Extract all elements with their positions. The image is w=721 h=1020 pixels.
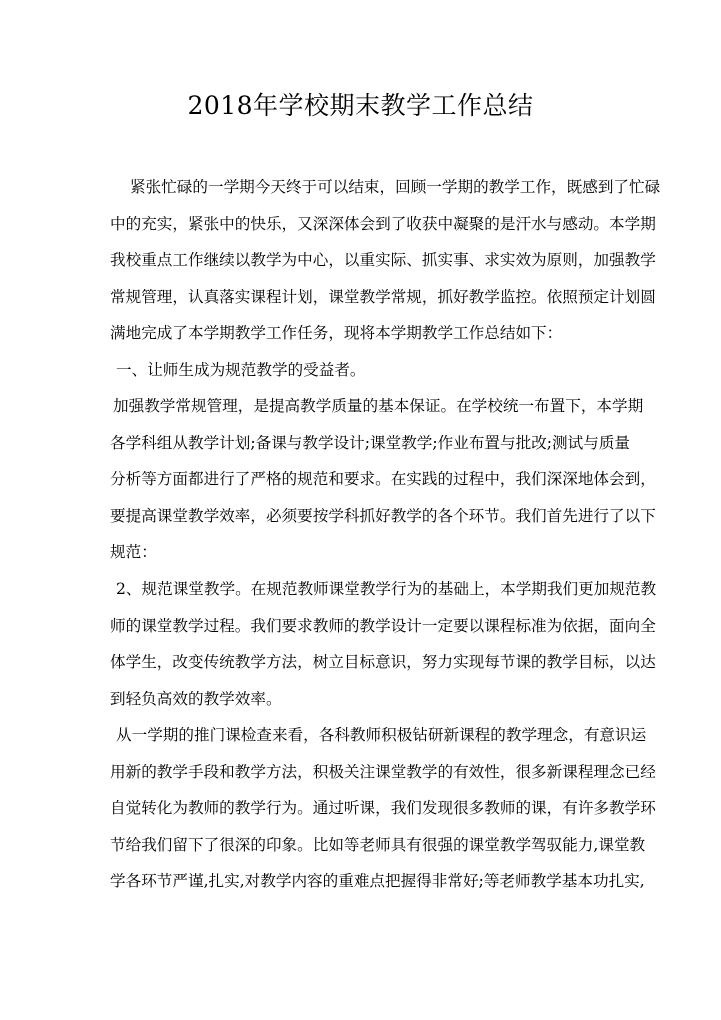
paragraph-line: 师的课堂教学过程。我们要求教师的教学设计一定要以课程标准为依据，面向全 [110, 608, 615, 645]
paragraph-line: 节给我们留下了很深的印象。比如等老师具有很强的课堂教学驾驭能力,课堂教 [110, 827, 615, 864]
section-heading: 一、让师生成为规范教学的受益者。 [110, 352, 615, 389]
document-page: 2018年学校期末教学工作总结 紧张忙碌的一学期今天终于可以结束，回顾一学期的教… [0, 0, 721, 1020]
paragraph-line: 各学科组从教学计划;备课与教学设计;课堂教学;作业布置与批改;测试与质量 [110, 425, 615, 462]
document-body: 紧张忙碌的一学期今天终于可以结束，回顾一学期的教学工作，既感到了忙碌 中的充实，… [110, 169, 615, 900]
paragraph-line: 学各环节严谨,扎实,对教学内容的重难点把握得非常好;等老师教学基本功扎实, [110, 863, 615, 900]
paragraph-line: 满地完成了本学期教学工作任务，现将本学期教学工作总结如下： [110, 315, 615, 352]
document-title: 2018年学校期末教学工作总结 [0, 88, 721, 124]
paragraph-line: 加强教学常规管理，是提高教学质量的基本保证。在学校统一布置下，本学期 [110, 388, 615, 425]
paragraph-line: 到轻负高效的教学效率。 [110, 681, 615, 718]
paragraph-line: 分析等方面都进行了严格的规范和要求。在实践的过程中，我们深深地体会到， [110, 461, 615, 498]
paragraph-line: 用新的教学手段和教学方法，积极关注课堂教学的有效性，很多新课程理念已经 [110, 754, 615, 791]
paragraph-line: 自觉转化为教师的教学行为。通过听课，我们发现很多教师的课，有许多教学环 [110, 790, 615, 827]
paragraph-line: 我校重点工作继续以教学为中心，以重实际、抓实事、求实效为原则，加强教学 [110, 242, 615, 279]
paragraph-line: 要提高课堂教学效率，必须要按学科抓好教学的各个环节。我们首先进行了以下 [110, 498, 615, 535]
paragraph-line: 2、规范课堂教学。在规范教师课堂教学行为的基础上，本学期我们更加规范教 [110, 571, 615, 608]
paragraph-line: 中的充实，紧张中的快乐，又深深体会到了收获中凝聚的是汗水与感动。本学期 [110, 206, 615, 243]
paragraph-line: 体学生，改变传统教学方法，树立目标意识，努力实现每节课的教学目标，以达 [110, 644, 615, 681]
paragraph-line: 从一学期的推门课检查来看，各科教师积极钻研新课程的教学理念，有意识运 [110, 717, 615, 754]
paragraph-line: 紧张忙碌的一学期今天终于可以结束，回顾一学期的教学工作，既感到了忙碌 [110, 169, 615, 206]
paragraph-line: 规范： [110, 534, 615, 571]
paragraph-line: 常规管理，认真落实课程计划，课堂教学常规，抓好教学监控。依照预定计划圆 [110, 279, 615, 316]
